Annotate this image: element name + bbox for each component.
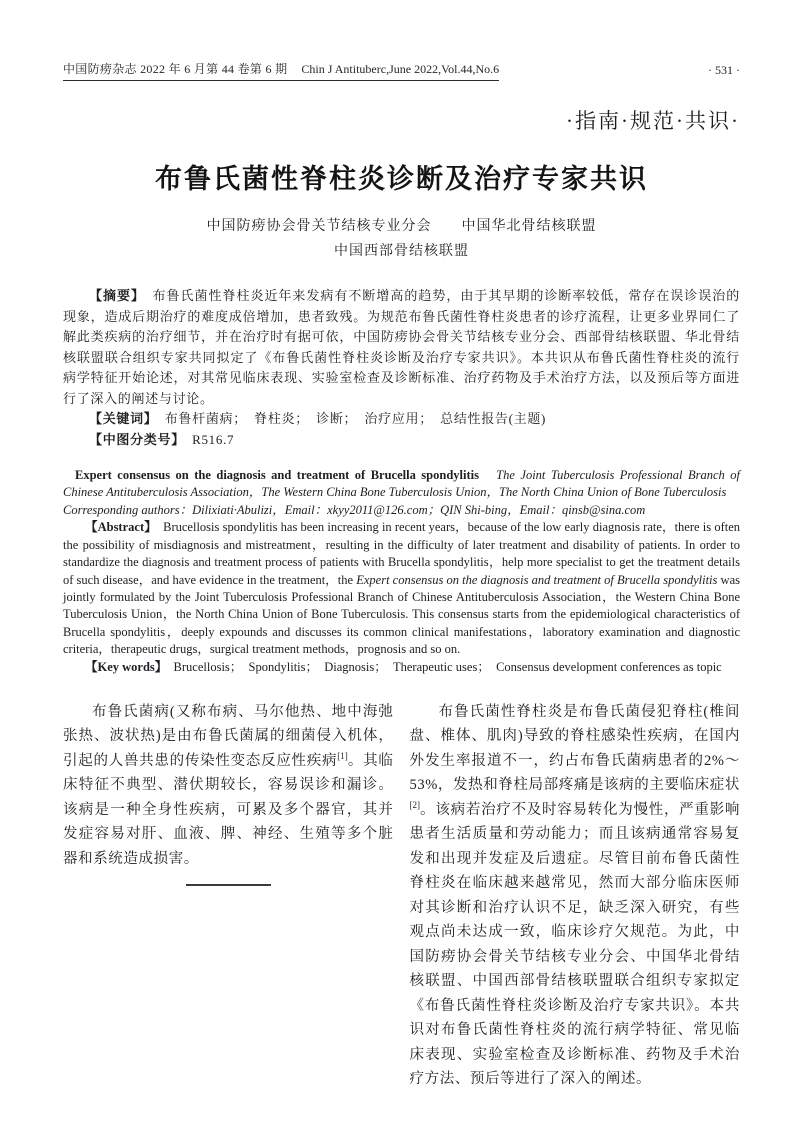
- footnote-rule: [186, 884, 271, 886]
- abstract-en-block: Expert consensus on the diagnosis and tr…: [63, 467, 740, 676]
- left-paragraph-text-2: 。其临床特征不典型、潜伏期较长，容易误诊和漏诊。该病是一种全身性疾病，可累及多个…: [63, 753, 394, 867]
- abstract-en-label: 【Abstract】: [85, 520, 151, 534]
- citation-ref-2: [2]: [410, 800, 421, 810]
- author-line-1: 中国防痨协会骨关节结核专业分会 中国华北骨结核联盟: [63, 214, 740, 239]
- page-number: · 531 ·: [708, 63, 740, 81]
- journal-name-en: Chin J Antituberc,June 2022,Vol.44,No.6: [301, 62, 499, 76]
- article-title-en: Expert consensus on the diagnosis and tr…: [75, 468, 479, 482]
- keywords-cn-label: 【关键词】: [89, 411, 151, 426]
- keywords-cn-line: 【关键词】 布鲁杆菌病； 脊柱炎； 诊断； 治疗应用； 总结性报告(主题): [63, 409, 740, 430]
- article-title: 布鲁氏菌性脊柱炎诊断及治疗专家共识: [63, 157, 740, 196]
- abstract-en-consensus-title: Expert consensus on the diagnosis and tr…: [356, 573, 717, 587]
- left-column: 布鲁氏菌病(又称布病、马尔他热、地中海弛张热、波状热)是由布鲁氏菌属的细菌侵入机…: [63, 700, 394, 1092]
- article-title-en-paragraph: Expert consensus on the diagnosis and tr…: [63, 467, 740, 502]
- corresponding-authors-line: Corresponding authors：Dilixiati·Abulizi，…: [63, 502, 740, 519]
- abstract-cn-block: 【摘要】 布鲁氏菌性脊柱炎近年来发病有不断增高的趋势，由于其早期的诊断率较低，常…: [63, 286, 740, 450]
- abstract-cn-label: 【摘要】: [89, 288, 138, 303]
- running-head-journal: 中国防痨杂志 2022 年 6 月第 44 卷第 6 期Chin J Antit…: [63, 62, 499, 81]
- keywords-en-label: 【Key words】: [85, 660, 161, 674]
- right-column: 布鲁氏菌性脊柱炎是布鲁氏菌侵犯脊柱(椎间盘、椎体、肌肉)导致的脊柱感染性疾病，在…: [410, 700, 741, 1092]
- abstract-en-paragraph: 【Abstract】 Brucellosis spondylitis has b…: [63, 519, 740, 658]
- clc-label: 【中图分类号】: [89, 432, 178, 447]
- right-paragraph-text-1: 布鲁氏菌性脊柱炎是布鲁氏菌侵犯脊柱(椎间盘、椎体、肌肉)导致的脊柱感染性疾病，在…: [410, 704, 741, 794]
- author-line-2: 中国西部骨结核联盟: [63, 239, 740, 264]
- left-column-paragraph: 布鲁氏菌病(又称布病、马尔他热、地中海弛张热、波状热)是由布鲁氏菌属的细菌侵入机…: [63, 700, 394, 872]
- author-affiliations: 中国防痨协会骨关节结核专业分会 中国华北骨结核联盟 中国西部骨结核联盟: [63, 214, 740, 264]
- journal-page: 中国防痨杂志 2022 年 6 月第 44 卷第 6 期Chin J Antit…: [0, 0, 792, 1122]
- keywords-en-text: Brucellosis； Spondylitis； Diagnosis； The…: [161, 660, 722, 674]
- clc-value: R516.7: [178, 432, 234, 447]
- journal-name-cn: 中国防痨杂志 2022 年 6 月第 44 卷第 6 期: [63, 62, 287, 76]
- keywords-en-line: 【Key words】 Brucellosis； Spondylitis； Di…: [63, 659, 740, 676]
- keywords-cn-text: 布鲁杆菌病； 脊柱炎； 诊断； 治疗应用； 总结性报告(主题): [151, 411, 546, 426]
- body-columns: 布鲁氏菌病(又称布病、马尔他热、地中海弛张热、波状热)是由布鲁氏菌属的细菌侵入机…: [63, 700, 740, 1092]
- abstract-cn-paragraph: 【摘要】 布鲁氏菌性脊柱炎近年来发病有不断增高的趋势，由于其早期的诊断率较低，常…: [63, 286, 740, 409]
- right-column-paragraph: 布鲁氏菌性脊柱炎是布鲁氏菌侵犯脊柱(椎间盘、椎体、肌肉)导致的脊柱感染性疾病，在…: [410, 700, 741, 1092]
- running-head: 中国防痨杂志 2022 年 6 月第 44 卷第 6 期Chin J Antit…: [63, 62, 740, 81]
- clc-line: 【中图分类号】 R516.7: [63, 430, 740, 451]
- abstract-cn-text: 布鲁氏菌性脊柱炎近年来发病有不断增高的趋势，由于其早期的诊断率较低，常存在误诊误…: [63, 288, 740, 406]
- citation-ref-1: [1]: [337, 751, 348, 761]
- section-banner: ·指南·规范·共识·: [63, 105, 740, 135]
- right-paragraph-text-2: 。该病若治疗不及时容易转化为慢性，严重影响患者生活质量和劳动能力；而且该病通常容…: [410, 802, 741, 1088]
